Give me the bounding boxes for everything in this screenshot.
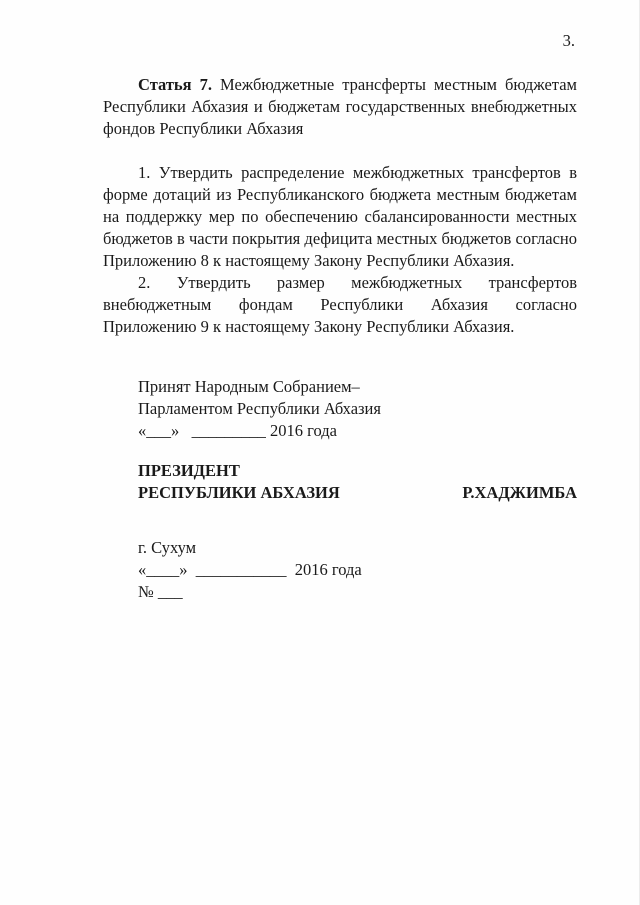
- article-paragraph-1: 1. Утвердить распределение межбюджетных …: [103, 162, 577, 272]
- signature-row: РЕСПУБЛИКИ АБХАЗИЯ Р.ХАДЖИМБА: [138, 482, 577, 504]
- article-paragraph-2: 2. Утвердить размер межбюджетных трансфе…: [103, 272, 577, 338]
- signatory-name: Р.ХАДЖИМБА: [462, 482, 577, 504]
- article-body: 1. Утвердить распределение межбюджетных …: [103, 162, 577, 338]
- adoption-block: Принят Народным Собранием– Парламентом Р…: [138, 376, 577, 442]
- adoption-line-1: Принят Народным Собранием–: [138, 376, 577, 398]
- signatory-title-line-2: РЕСПУБЛИКИ АБХАЗИЯ: [138, 482, 340, 504]
- article-heading-number: Статья 7.: [138, 75, 212, 94]
- date-blank-line: «____» ___________ 2016 года: [138, 559, 577, 581]
- signatory-title-line-1: ПРЕЗИДЕНТ: [138, 460, 577, 482]
- document-page: 3. Статья 7. Межбюджетные трансферты мес…: [0, 0, 640, 905]
- article-heading: Статья 7. Межбюджетные трансферты местны…: [103, 74, 577, 140]
- place-date-block: г. Сухум «____» ___________ 2016 года № …: [138, 537, 577, 603]
- adoption-line-2: Парламентом Республики Абхазия: [138, 398, 577, 420]
- page-number: 3.: [103, 30, 577, 52]
- adoption-date-blank-line: «___» _________ 2016 года: [138, 420, 577, 442]
- document-number-blank-line: № ___: [138, 581, 577, 603]
- signature-block: ПРЕЗИДЕНТ РЕСПУБЛИКИ АБХАЗИЯ Р.ХАДЖИМБА: [138, 460, 577, 504]
- city-line: г. Сухум: [138, 537, 577, 559]
